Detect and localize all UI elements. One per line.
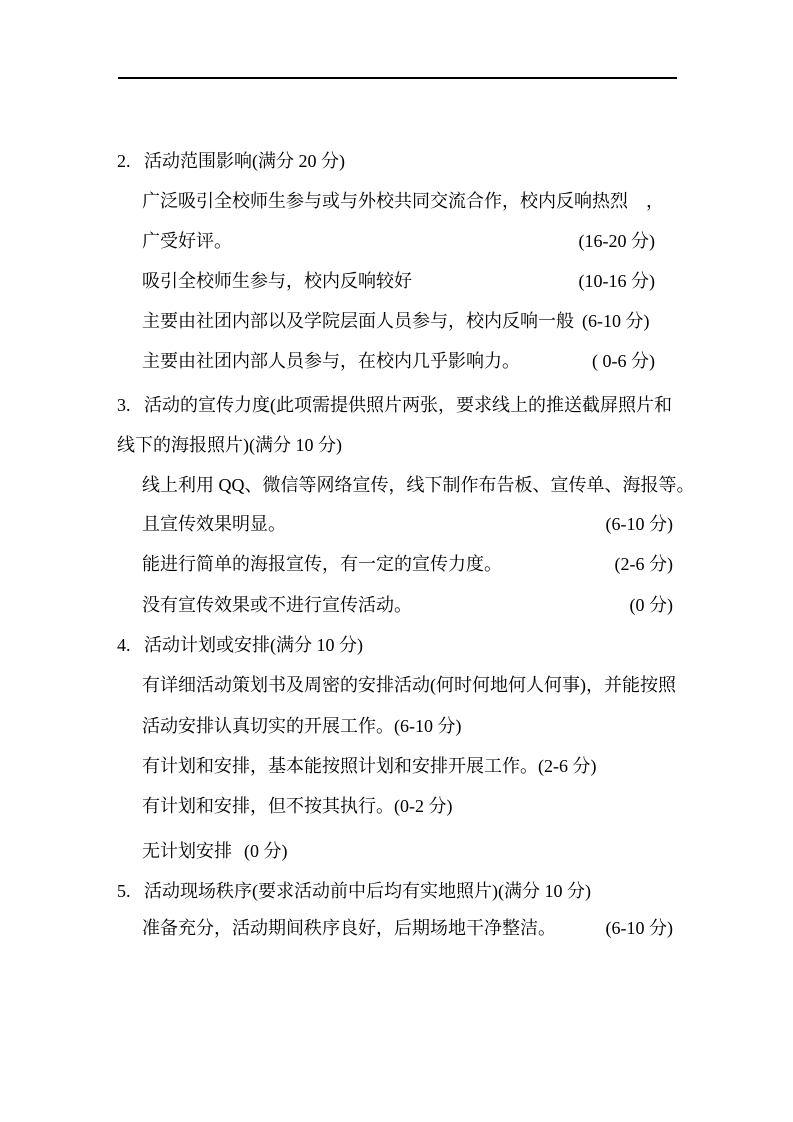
list-heading-text: 活动现场秩序(要求活动前中后均有实地照片)(满分 10 分) <box>144 881 591 901</box>
criterion-line: 无计划安排(0 分) <box>117 841 677 861</box>
criterion-line: 吸引全校师生参与，校内反响较好 (10-16 分) <box>117 271 677 291</box>
criterion-line: 线上利用 QQ、微信等网络宣传，线下制作布告板、宣传单、海报等。 <box>117 475 677 495</box>
score-range: (6-10 分) <box>606 918 673 938</box>
heading-continuation-line: 线下的海报照片)(满分 10 分) <box>117 435 677 455</box>
heading-continuation-text: 线下的海报照片)(满分 10 分) <box>117 435 342 455</box>
score-range: (10-16 分) <box>579 271 655 291</box>
criterion-text: 能进行简单的海报宣传，有一定的宣传力度。 <box>142 554 502 574</box>
score-range: (6-10 分) <box>394 716 461 736</box>
criterion-text: 准备充分，活动期间秩序良好，后期场地干净整洁。 <box>142 918 556 938</box>
score-range: (16-20 分) <box>579 231 655 251</box>
criterion-text: 有计划和安排，基本能按照计划和安排开展工作。 <box>142 756 538 776</box>
score-range: (0 分) <box>244 841 288 861</box>
list-number: 3. <box>117 395 144 415</box>
criterion-line: 没有宣传效果或不进行宣传活动。 (0 分) <box>117 595 677 615</box>
criterion-line: 能进行简单的海报宣传，有一定的宣传力度。 (2-6 分) <box>117 554 677 574</box>
criterion-text: 无计划安排 <box>142 841 232 861</box>
criterion-text: 线上利用 QQ、微信等网络宣传，线下制作布告板、宣传单、海报等。 <box>142 475 695 495</box>
list-heading-text: 活动计划或安排(满分 10 分) <box>144 635 363 655</box>
list-number: 5. <box>117 881 144 901</box>
criterion-text: 且宣传效果明显。 <box>142 514 286 534</box>
criterion-text: 活动安排认真切实的开展工作。 <box>142 716 394 736</box>
criterion-line: 有计划和安排，但不按其执行。(0-2 分) <box>117 796 677 816</box>
list-heading-text: 活动的宣传力度(此项需提供照片两张，要求线上的推送截屏照片和 <box>144 395 672 415</box>
list-item-4-heading: 4.活动计划或安排(满分 10 分) <box>117 635 677 655</box>
criterion-text: 广泛吸引全校师生参与或与外校共同交流合作，校内反响热烈 ， <box>142 191 664 211</box>
criterion-line: 广泛吸引全校师生参与或与外校共同交流合作，校内反响热烈 ， <box>117 191 677 211</box>
criterion-line: 广受好评。 (16-20 分) <box>117 231 677 251</box>
list-item-2-heading: 2.活动范围影响(满分 20 分) <box>117 151 677 171</box>
list-number: 2. <box>117 151 144 171</box>
criterion-text: 有计划和安排，但不按其执行。 <box>142 796 394 816</box>
criterion-line: 活动安排认真切实的开展工作。(6-10 分) <box>117 716 677 736</box>
score-range: ( 0-6 分) <box>592 351 655 371</box>
document-page: 2.活动范围影响(满分 20 分) 广泛吸引全校师生参与或与外校共同交流合作，校… <box>0 0 793 1122</box>
list-heading-text: 活动范围影响(满分 20 分) <box>144 151 345 171</box>
criterion-text: 主要由社团内部人员参与，在校内几乎影响力。 <box>142 351 520 371</box>
criterion-text: 广受好评。 <box>142 231 232 251</box>
score-range: (6-10 分) <box>606 514 673 534</box>
score-range: (0-2 分) <box>394 796 452 816</box>
header-rule <box>118 77 677 79</box>
criterion-line: 有计划和安排，基本能按照计划和安排开展工作。(2-6 分) <box>117 756 677 776</box>
criterion-text: 没有宣传效果或不进行宣传活动。 <box>142 595 412 615</box>
criterion-line: 有详细活动策划书及周密的安排活动(何时何地何人何事)，并能按照 <box>117 675 677 695</box>
list-item-3-heading: 3.活动的宣传力度(此项需提供照片两张，要求线上的推送截屏照片和 <box>117 395 677 415</box>
score-range: (0 分) <box>630 595 674 615</box>
criterion-line: 主要由社团内部以及学院层面人员参与，校内反响一般(6-10 分) <box>117 311 677 331</box>
criterion-text: 吸引全校师生参与，校内反响较好 <box>142 271 412 291</box>
score-range: (6-10 分) <box>582 311 649 331</box>
score-range: (2-6 分) <box>538 756 596 776</box>
criterion-text: 有详细活动策划书及周密的安排活动(何时何地何人何事)，并能按照 <box>142 675 676 695</box>
list-item-5-heading: 5.活动现场秩序(要求活动前中后均有实地照片)(满分 10 分) <box>117 881 677 901</box>
list-number: 4. <box>117 635 144 655</box>
criterion-text: 主要由社团内部以及学院层面人员参与，校内反响一般 <box>142 311 574 331</box>
criterion-line: 准备充分，活动期间秩序良好，后期场地干净整洁。 (6-10 分) <box>117 918 677 938</box>
criterion-line: 主要由社团内部人员参与，在校内几乎影响力。 ( 0-6 分) <box>117 351 677 371</box>
criterion-line: 且宣传效果明显。 (6-10 分) <box>117 514 677 534</box>
score-range: (2-6 分) <box>615 554 673 574</box>
